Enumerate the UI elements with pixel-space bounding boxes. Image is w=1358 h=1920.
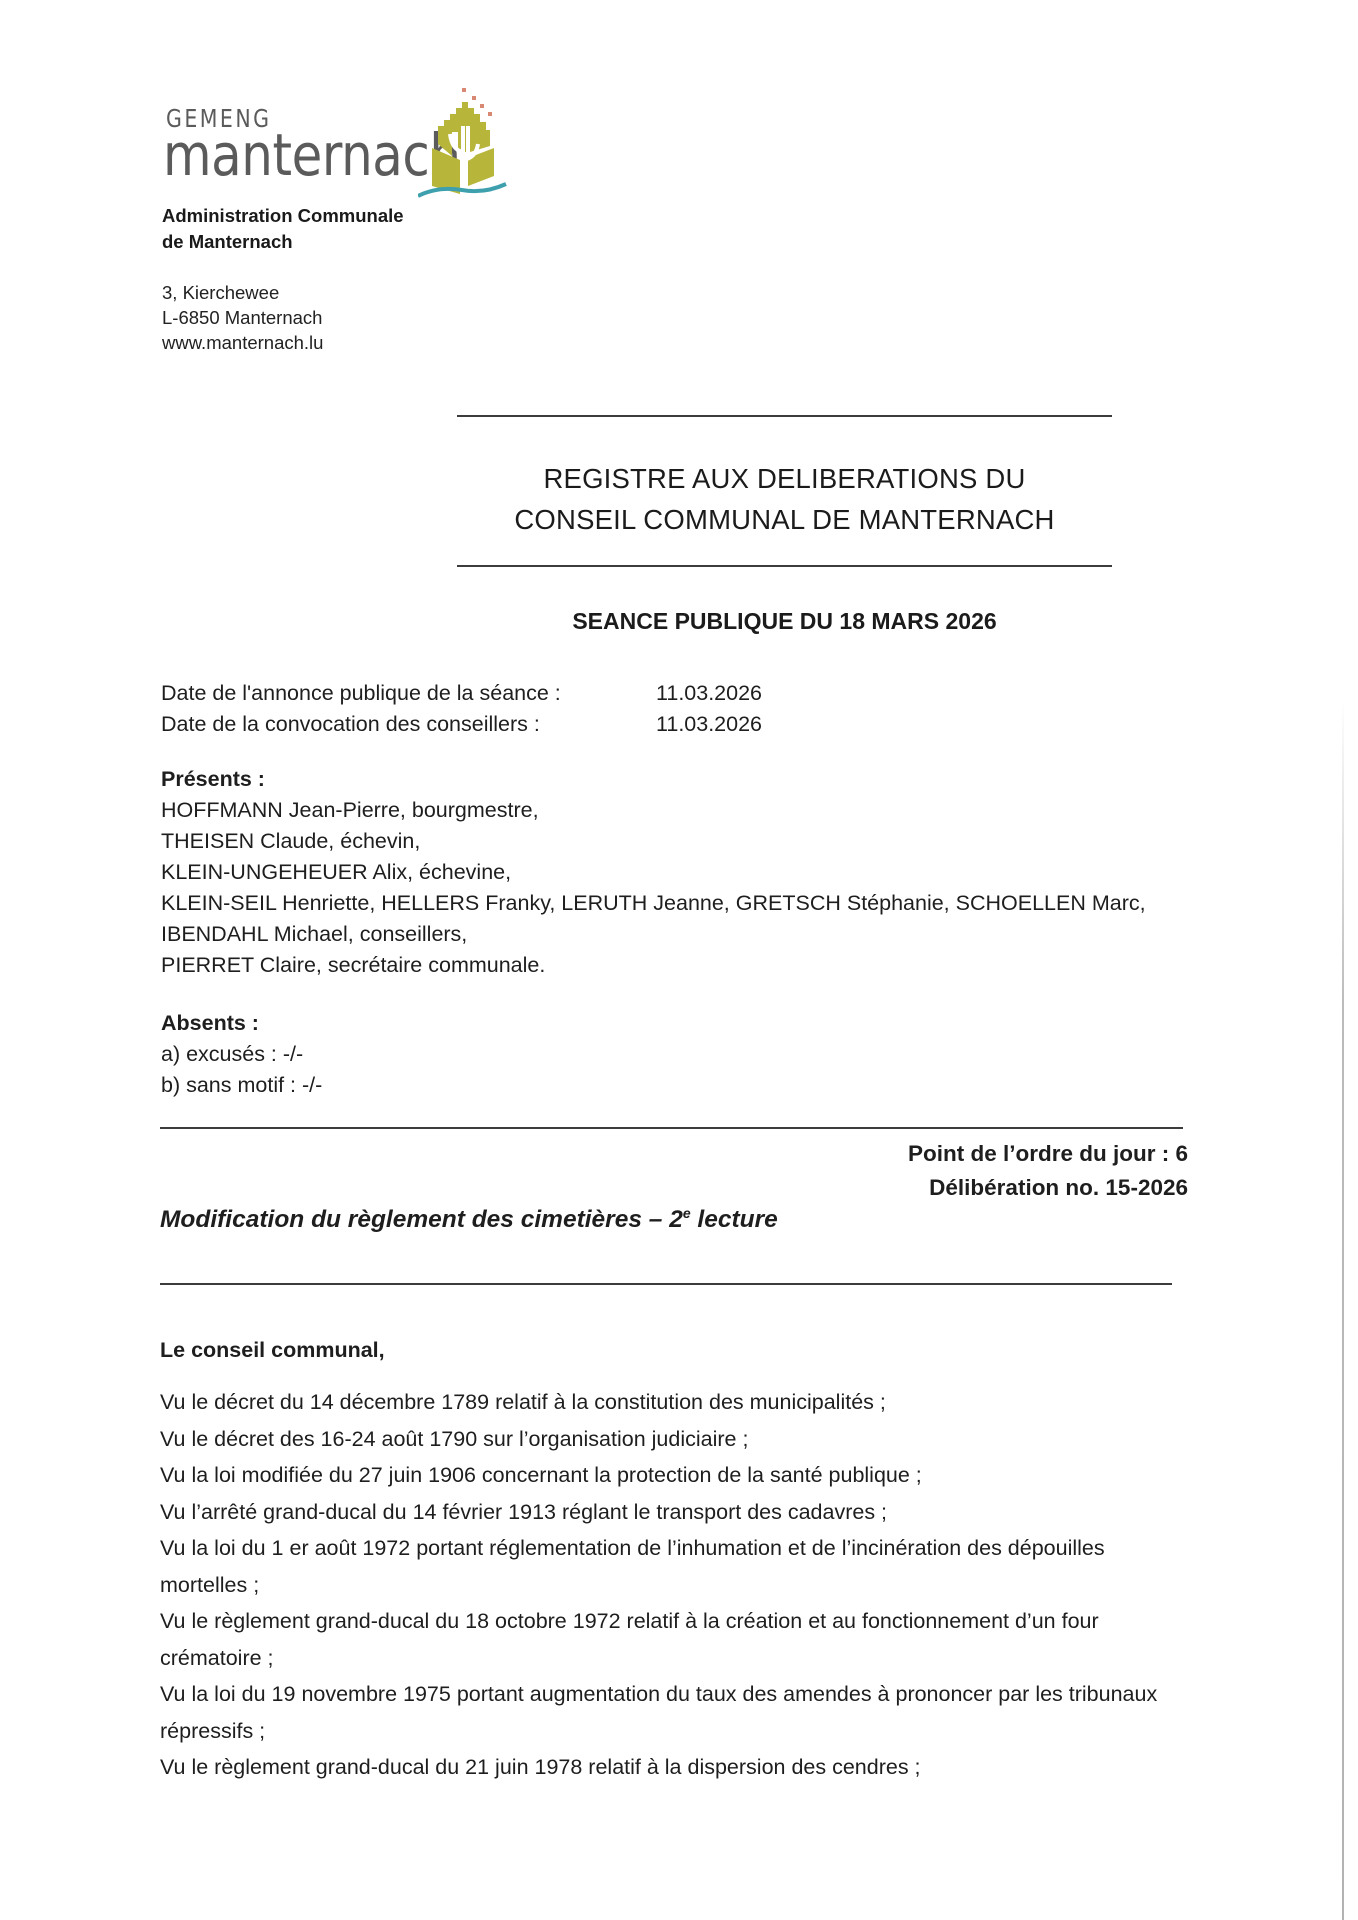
- considerant: Vu la loi du 1 er août 1972 portant régl…: [160, 1530, 1180, 1603]
- org-name-line2: de Manternach: [162, 229, 404, 255]
- date-value: 11.03.2026: [656, 709, 762, 740]
- subject-text-end: lecture: [691, 1206, 778, 1233]
- date-label: Date de l'annonce publique de la séance …: [161, 678, 656, 709]
- present-member: KLEIN-SEIL Henriette, HELLERS Franky, LE…: [161, 888, 1146, 919]
- considerants-list: Vu le décret du 14 décembre 1789 relatif…: [160, 1384, 1180, 1786]
- tree-logo-icon: [418, 86, 510, 198]
- deliberation-subject: Modification du règlement des cimetières…: [160, 1205, 778, 1234]
- deliberation-number: Délibération no. 15-2026: [908, 1171, 1188, 1205]
- logo-wordmark: manternach: [163, 124, 461, 188]
- scan-artifact-line: [1342, 700, 1344, 1920]
- divider-agenda-top: [160, 1127, 1183, 1129]
- session-dates: Date de l'annonce publique de la séance …: [161, 678, 762, 740]
- register-title: REGISTRE AUX DELIBERATIONS DU CONSEIL CO…: [457, 458, 1112, 540]
- absents-heading: Absents :: [161, 1008, 322, 1039]
- council-opening: Le conseil communal,: [160, 1338, 385, 1363]
- presents-heading: Présents :: [161, 764, 1146, 795]
- org-name-line1: Administration Communale: [162, 203, 404, 229]
- subject-superscript: e: [683, 1205, 691, 1221]
- date-value: 11.03.2026: [656, 678, 762, 709]
- presents-section: Présents : HOFFMANN Jean-Pierre, bourgme…: [161, 764, 1146, 981]
- present-member: IBENDAHL Michael, conseillers,: [161, 919, 1146, 950]
- subject-text: Modification du règlement des cimetières…: [160, 1206, 683, 1233]
- date-row-announcement: Date de l'annonce publique de la séance …: [161, 678, 762, 709]
- present-member: THEISEN Claude, échevin,: [161, 826, 1146, 857]
- divider-top: [457, 415, 1112, 417]
- organization-name: Administration Communale de Manternach: [162, 203, 404, 255]
- absent-excused: a) excusés : -/-: [161, 1039, 322, 1070]
- register-title-line2: CONSEIL COMMUNAL DE MANTERNACH: [457, 499, 1112, 540]
- present-member: HOFFMANN Jean-Pierre, bourgmestre,: [161, 795, 1146, 826]
- register-title-line1: REGISTRE AUX DELIBERATIONS DU: [457, 458, 1112, 499]
- address-city: L-6850 Manternach: [162, 305, 323, 330]
- address-block: 3, Kierchewee L-6850 Manternach www.mant…: [162, 280, 323, 355]
- absent-unexcused: b) sans motif : -/-: [161, 1070, 322, 1101]
- considerant: Vu le règlement grand-ducal du 21 juin 1…: [160, 1749, 1180, 1786]
- agenda-point: Point de l’ordre du jour : 6: [908, 1137, 1188, 1171]
- considerant: Vu le règlement grand-ducal du 18 octobr…: [160, 1603, 1180, 1676]
- considerant: Vu la loi modifiée du 27 juin 1906 conce…: [160, 1457, 1180, 1494]
- address-website: www.manternach.lu: [162, 330, 323, 355]
- present-member: PIERRET Claire, secrétaire communale.: [161, 950, 1146, 981]
- considerant: Vu la loi du 19 novembre 1975 portant au…: [160, 1676, 1180, 1749]
- present-member: KLEIN-UNGEHEUER Alix, échevine,: [161, 857, 1146, 888]
- divider-agenda-bottom: [160, 1283, 1172, 1285]
- absents-section: Absents : a) excusés : -/- b) sans motif…: [161, 1008, 322, 1101]
- seance-heading: SEANCE PUBLIQUE DU 18 MARS 2026: [457, 608, 1112, 635]
- agenda-reference: Point de l’ordre du jour : 6 Délibératio…: [908, 1137, 1188, 1205]
- considerant: Vu le décret du 14 décembre 1789 relatif…: [160, 1384, 1180, 1421]
- considerant: Vu le décret des 16-24 août 1790 sur l’o…: [160, 1421, 1180, 1458]
- address-street: 3, Kierchewee: [162, 280, 323, 305]
- date-row-convocation: Date de la convocation des conseillers :…: [161, 709, 762, 740]
- considerant: Vu l’arrêté grand-ducal du 14 février 19…: [160, 1494, 1180, 1531]
- divider-title-bottom: [457, 565, 1112, 567]
- date-label: Date de la convocation des conseillers :: [161, 709, 656, 740]
